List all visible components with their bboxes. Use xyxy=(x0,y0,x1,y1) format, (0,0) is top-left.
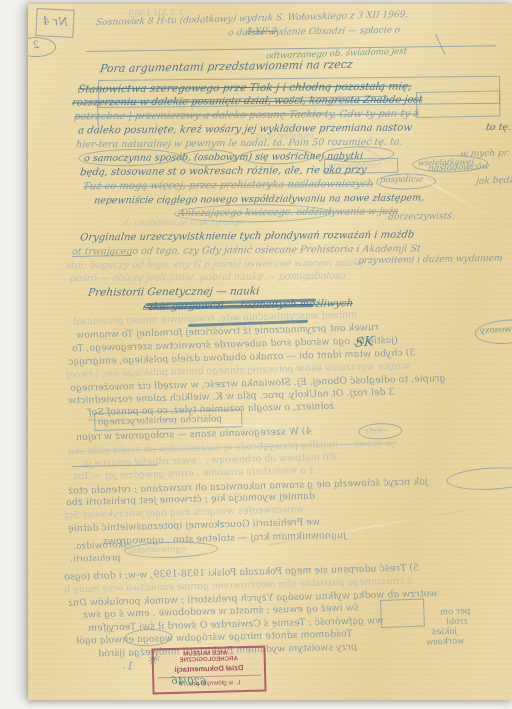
circled-annotation-outline xyxy=(78,148,180,167)
boxed-annotation-outline xyxy=(416,91,500,118)
corner-circled-number: 2 xyxy=(28,37,56,57)
handwriting-line: paśró — oblężę jeśli jintie, pobrał nauk… xyxy=(69,272,346,284)
handwriting-line: to tę. xyxy=(485,123,511,133)
handwriting-line-mirrored: prehistorii. xyxy=(69,554,121,564)
manuscript-page: Nr 4 2 Sosnowiek 8 H-tu (dodatkowy) wydr… xyxy=(28,4,512,700)
stamp-handwritten-number: 620/46 xyxy=(171,676,207,689)
scanner-background: Nr 4 2 Sosnowiek 8 H-tu (dodatkowy) wydr… xyxy=(0,0,512,709)
circled-annotation-outline xyxy=(174,204,331,223)
pen-stroke xyxy=(435,34,445,54)
handwriting-line: Prehistorii Genetycznej — nauki xyxy=(87,286,260,298)
handwriting-line: a daleko posunięte, kreż wośary jej wykł… xyxy=(77,124,412,137)
handwriting-line: jak będz xyxy=(476,176,512,186)
handwriting-line: przywoitemi i dużem wydaniem xyxy=(357,255,502,267)
corner-oval-label: 2 xyxy=(33,40,39,51)
circled-annotation-outline xyxy=(240,148,314,165)
handwriting-line: Pora argumentami przedstawionemi na rzec… xyxy=(99,59,353,74)
circled-annotation-outline xyxy=(180,149,236,166)
stamp-department: Dział Dokumentacji xyxy=(157,663,261,675)
handwriting-line-mirrored: 1. xyxy=(121,659,135,671)
handwriting-line: Tuż co mogą więcej, przez prehistoryka n… xyxy=(82,180,374,193)
circled-annotation-outline xyxy=(474,318,512,346)
handwriting-line-mirrored: per om xyxy=(440,607,471,617)
boxed-annotation-outline xyxy=(380,598,425,628)
handwriting-line-mirrored: jakieś xyxy=(432,628,458,637)
handwriting-line-mirrored: workosw xyxy=(426,637,465,647)
handwriting-line: dorzeczywistś. xyxy=(387,212,455,222)
handwriting-line: stoi; bogaczy od lego, eny G p jaśnić os… xyxy=(65,259,365,271)
circled-annotation-outline xyxy=(446,465,512,492)
corner-box-label: Nr 4 xyxy=(42,14,68,28)
corner-register-mark: Nr 4 xyxy=(35,8,74,38)
handwriting-line: Oryginalne urzeczywistknienie tych płond… xyxy=(79,231,414,244)
handwriting-line-mirrored: zrobl xyxy=(446,618,469,627)
handwriting-line-mirrored: skorowidza. xyxy=(72,541,128,551)
handwriting-line: 3 XII 2 xyxy=(245,28,277,38)
archive-stamp-mirrored: …WICE MUZEUM ARCHEOLOGICZNE Dział Dokume… xyxy=(151,646,266,695)
